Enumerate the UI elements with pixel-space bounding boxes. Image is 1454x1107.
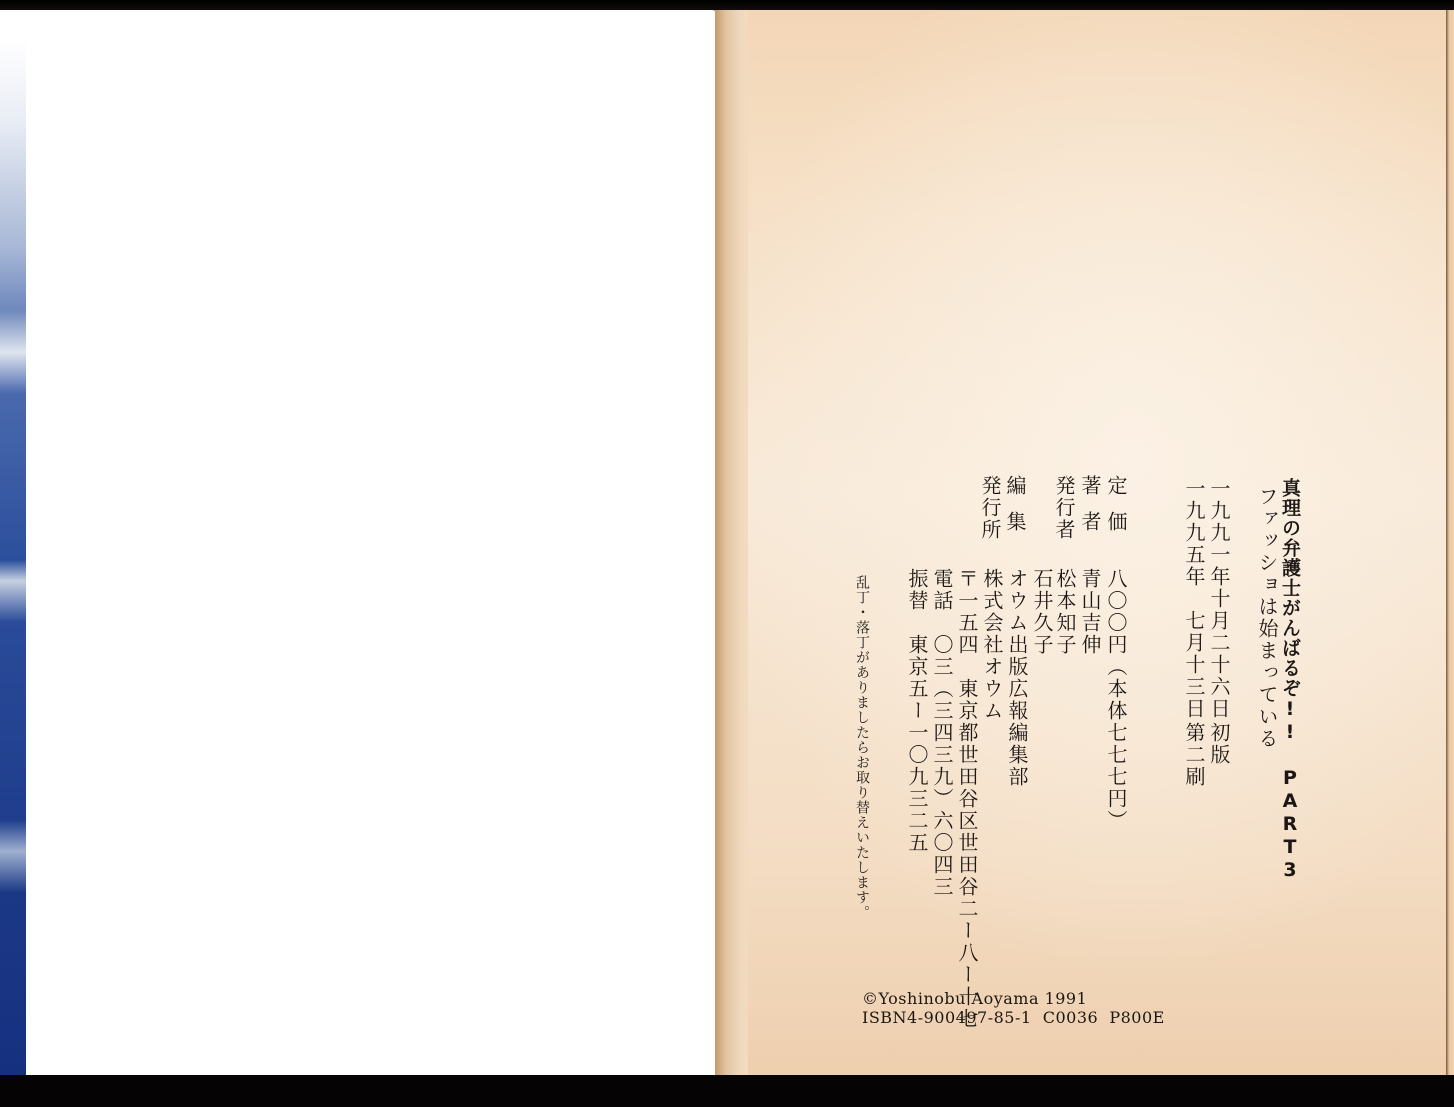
label-issuer: 発行者 (1054, 475, 1074, 541)
label-editor: 編集 (1005, 475, 1025, 547)
label-publisher: 発行所 (980, 475, 1000, 541)
publisher-transfer: 振替 東京五ー一〇九三二五 (907, 568, 927, 854)
isbn-line: ISBN4-900497-85-1 C0036 P800E (862, 1008, 1165, 1027)
copyright-block: ©Yoshinobu Aoyama 1991 ISBN4-900497-85-1… (862, 989, 1165, 1027)
book-gutter (715, 10, 751, 1080)
page-edge (1446, 10, 1454, 1078)
left-blank-page (0, 10, 720, 1085)
bottom-shadow (0, 1075, 1454, 1107)
edition-second-label: 第二刷 (1184, 722, 1204, 788)
value-publisher: 株式会社オウム (982, 568, 1002, 722)
label-price: 定価 (1106, 475, 1126, 547)
value-issuer-1: 松本知子 (1055, 568, 1075, 656)
value-editor: オウム出版広報編集部 (1007, 568, 1027, 788)
edition-second-date: 一九九五年 七月十三日 (1184, 478, 1204, 720)
replacement-notice: 乱丁・落丁がありましたらお取り替えいたします。 (855, 575, 869, 920)
copyright-line: ©Yoshinobu Aoyama 1991 (862, 989, 1165, 1008)
value-issuer-2: 石井久子 (1032, 568, 1052, 656)
value-price: 八〇〇円（本体七七七円） (1106, 568, 1126, 832)
publisher-address: 〒一五四 東京都世田谷区世田谷二ー八ー十七 (957, 568, 977, 1030)
edition-first-label: 初版 (1209, 722, 1229, 766)
edition-first-date: 一九九一年十月二十六日 (1209, 478, 1229, 720)
value-author: 青山吉伸 (1080, 568, 1100, 656)
label-author: 著者 (1080, 475, 1100, 547)
cover-sky-strip (0, 40, 26, 1080)
book-subtitle: ファッショは始まっている (1257, 486, 1277, 750)
publisher-phone: 電話 〇三（三四三九）六〇四三 (932, 568, 952, 898)
book-title: 真理の弁護士がんばるぞ!! PART3 (1280, 478, 1299, 882)
